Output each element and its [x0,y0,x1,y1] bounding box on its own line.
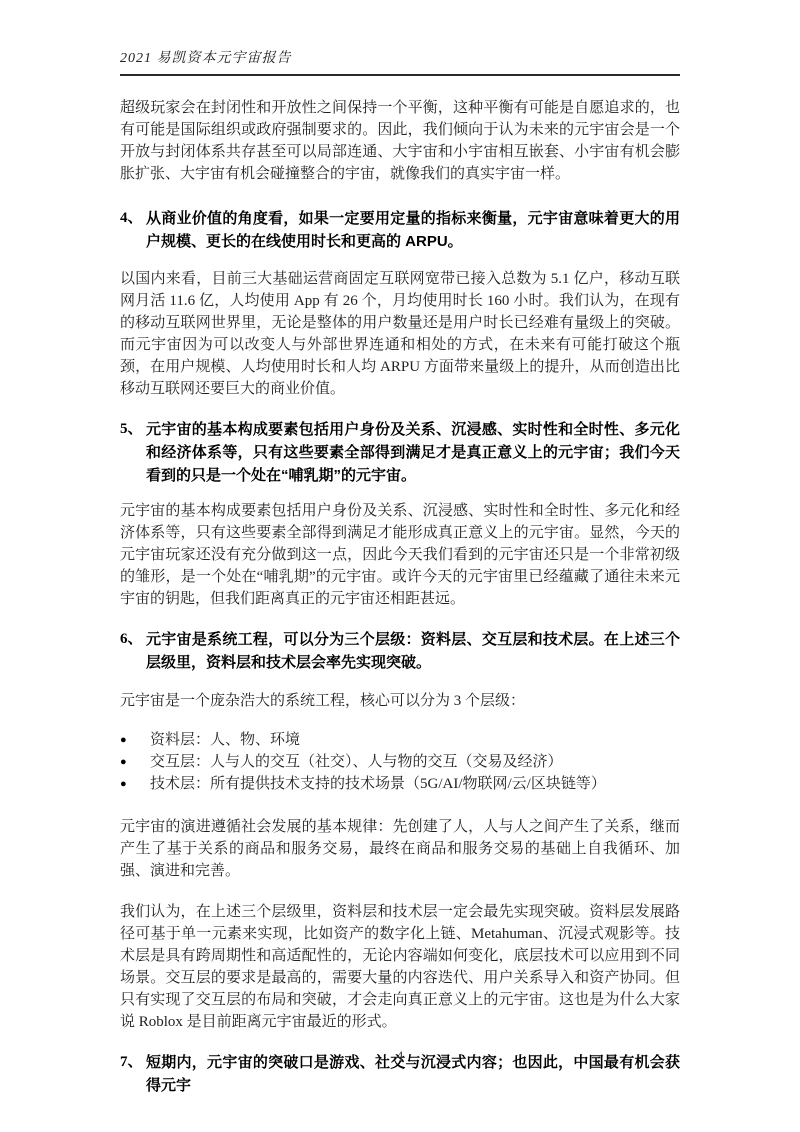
paragraph-three-layers-intro: 元宇宙是一个庞杂浩大的系统工程，核心可以分为 3 个层级： [120,690,680,712]
layers-bullet-list: ● 资料层：人、物、环境 ● 交互层：人与人的交互（社交）、人与物的交互（交易及… [120,729,680,795]
list-item: ● 交互层：人与人的交互（社交）、人与物的交互（交易及经济） [120,751,680,773]
page-header: 2021 易凯资本元宇宙报告 [120,50,680,76]
header-divider-line [120,74,680,76]
list-item: ● 技术层：所有提供技术支持的技术场景（5G/AI/物联网/云/区块链等） [120,773,680,795]
section-number-6: 6、 [120,628,143,651]
section-heading-4-text: 从商业价值的角度看，如果一定要用定量的指标来衡量，元宇宙意味着更大的用户规模、更… [146,210,680,250]
page-footer: 4 [0,1048,800,1064]
report-title: 2021 易凯资本元宇宙报告 [120,50,680,68]
section-number-4: 4、 [120,207,143,230]
section-heading-5: 5、 元宇宙的基本构成要素包括用户身份及关系、沉浸感、实时性和全时性、多元化和经… [120,418,680,487]
section-number-5: 5、 [120,418,143,441]
section-heading-4: 4、 从商业价值的角度看，如果一定要用定量的指标来衡量，元宇宙意味着更大的用户规… [120,207,680,253]
section-heading-5-text: 元宇宙的基本构成要素包括用户身份及关系、沉浸感、实时性和全时性、多元化和经济体系… [146,421,680,484]
bullet-text-interaction-layer: 交互层：人与人的交互（社交）、人与物的交互（交易及经济） [150,751,563,773]
page-number: 4 [397,1048,404,1063]
paragraph-metaverse-balance: 超级玩家会在封闭性和开放性之间保持一个平衡，这种平衡有可能是自愿追求的，也有可能… [120,97,680,185]
page-content: 超级玩家会在封闭性和开放性之间保持一个平衡，这种平衡有可能是自愿追求的，也有可能… [120,78,680,1097]
bullet-icon: ● [120,751,150,773]
paragraph-basic-elements: 元宇宙的基本构成要素包括用户身份及关系、沉浸感、实时性和全时性、多元化和经济体系… [120,500,680,610]
paragraph-domestic-internet-stats: 以国内来看，目前三大基础运营商固定互联网宽带已接入总数为 5.1 亿户，移动互联… [120,268,680,400]
paragraph-layer-breakthrough: 我们认为，在上述三个层级里，资料层和技术层一定会最先实现突破。资料层发展路径可基… [120,901,680,1033]
section-heading-6-text: 元宇宙是系统工程，可以分为三个层级：资料层、交互层和技术层。在上述三个层级里，资… [146,631,680,671]
paragraph-evolution-law: 元宇宙的演进遵循社会发展的基本规律：先创建了人，人与人之间产生了关系，继而产生了… [120,816,680,882]
bullet-icon: ● [120,773,150,795]
bullet-text-technology-layer: 技术层：所有提供技术支持的技术场景（5G/AI/物联网/云/区块链等） [150,773,606,795]
bullet-text-data-layer: 资料层：人、物、环境 [150,729,300,751]
bullet-icon: ● [120,729,150,751]
list-item: ● 资料层：人、物、环境 [120,729,680,751]
section-heading-6: 6、 元宇宙是系统工程，可以分为三个层级：资料层、交互层和技术层。在上述三个层级… [120,628,680,674]
document-page: 2021 易凯资本元宇宙报告 超级玩家会在封闭性和开放性之间保持一个平衡，这种平… [0,0,800,1132]
